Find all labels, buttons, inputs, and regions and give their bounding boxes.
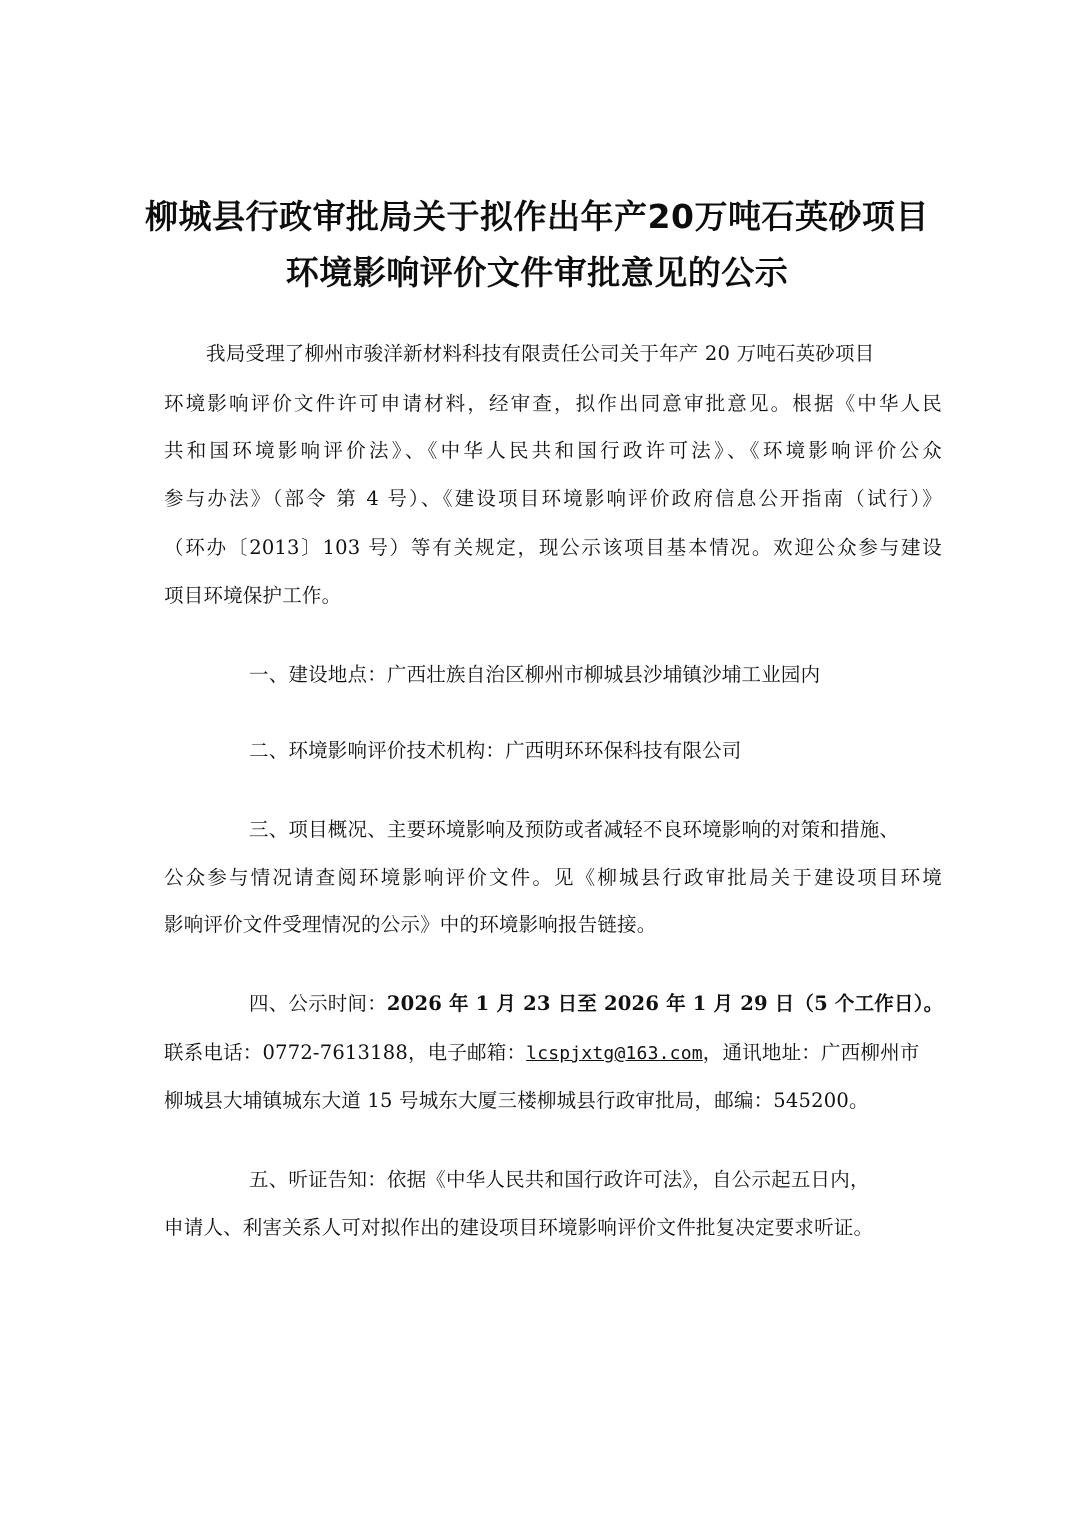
hearing-line: 五、听证告知：依据《中华人民共和国行政许可法》，自公示起五日内， [249, 1170, 942, 1190]
intro-line: （环办〔2013〕103 号）等有关规定，现公示该项目基本情况。欢迎公众参与建设 [164, 538, 942, 558]
intro-line: 共和国环境影响评价法》、《中华人民共和国行政许可法》、《环境影响评价公众 [164, 441, 942, 461]
intro-line: 我局受理了柳州市骏洋新材料科技有限责任公司关于年产 20 万吨石英砂项目 [206, 344, 942, 364]
contact-line: 联系电话：0772-7613188，电子邮箱：lcspjxtg@163.com，… [164, 1043, 942, 1063]
publicity-period: 2026 年 1 月 23 日至 2026 年 1 月 29 日（5 个工作日）… [387, 992, 943, 1015]
intro-line: 参与办法》（部令 第 4 号）、《建设项目环境影响评价政府信息公开指南（试行）》 [164, 489, 942, 509]
intro-line: 项目环境保护工作。 [164, 586, 942, 606]
publicity-line: 四、公示时间：2026 年 1 月 23 日至 2026 年 1 月 29 日（… [249, 994, 942, 1014]
contact-email-link[interactable]: lcspjxtg@163.com [526, 1043, 703, 1064]
overview-line: 影响评价文件受理情况的公示》中的环境影响报告链接。 [164, 915, 942, 935]
hearing-line: 申请人、利害关系人可对拟作出的建设项目环境影响评价文件批复决定要求听证。 [164, 1218, 942, 1238]
section-eia-agency: 二、环境影响评价技术机构：广西明环环保科技有限公司 [249, 741, 1027, 761]
contact-address-prefix: ，通讯地址：广西柳州市 [703, 1041, 920, 1064]
overview-line: 三、项目概况、主要环境影响及预防或者减轻不良环境影响的对策和措施、 [249, 820, 942, 840]
publicity-label: 四、公示时间： [249, 992, 387, 1015]
contact-address: 柳城县大埔镇城东大道 15 号城东大厦三楼柳城县行政审批局，邮编：545200。 [164, 1091, 942, 1111]
document-title-line-2: 环境影响评价文件审批意见的公示 [0, 256, 1074, 289]
section-construction-site: 一、建设地点：广西壮族自治区柳州市柳城县沙埔镇沙埔工业园内 [249, 665, 1027, 685]
overview-line: 公众参与情况请查阅环境影响评价文件。见《柳城县行政审批局关于建设项目环境 [164, 868, 942, 888]
contact-phone: 联系电话：0772-7613188，电子邮箱： [164, 1041, 526, 1064]
intro-line: 环境影响评价文件许可申请材料，经审查，拟作出同意审批意见。根据《中华人民 [164, 394, 942, 414]
document-title-line-1: 柳城县行政审批局关于拟作出年产20万吨石英砂项目 [0, 200, 1074, 233]
